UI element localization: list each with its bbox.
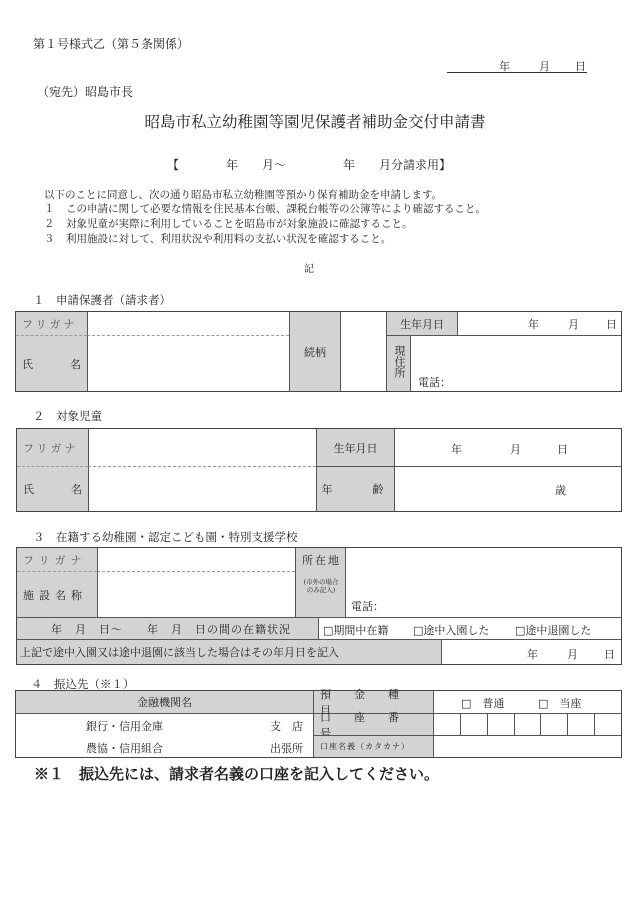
bank-line1: 銀行・信用金庫: [86, 718, 163, 734]
consent-item: ２対象児童が実際に利用していることを昭島市が対象施設に確認すること。: [44, 217, 486, 232]
consent-item: １この申請に関して必要な情報を住民基本台帳、課税台帳等の公簿等により確認すること…: [44, 202, 486, 217]
bank-table: 金融機関名 銀行・信用金庫 農協・信用組合 支 店 出張所 預 金 種 目 口 …: [15, 690, 622, 758]
change-date-input[interactable]: 年 月 日: [441, 639, 621, 664]
account-number-label: 口 座 番 号: [313, 713, 433, 735]
child-name-label: 氏 名: [17, 466, 88, 511]
footnote: ※１ 振込先には、請求者名義の口座を記入してください。: [34, 763, 439, 784]
bank-name-input[interactable]: 銀行・信用金庫 農協・信用組合 支 店 出張所: [16, 713, 313, 757]
address-label: 現住所: [386, 335, 410, 391]
claim-period: 【 年 月～ 年 月分請求用】: [0, 156, 630, 172]
consent-item: ３利用施設に対して、利用状況や利用料の支払い状況を確認すること。: [44, 232, 486, 247]
applicant-furigana-input[interactable]: [87, 312, 289, 335]
applicant-table: フリガナ 氏 名 続柄 生年月日 年 月 日 現住所 電話：: [15, 311, 622, 392]
furigana-label: フリガナ: [16, 312, 87, 335]
location-note: (市外の場合のみ記入): [302, 578, 340, 594]
digit-cell[interactable]: [434, 714, 461, 735]
facility-furigana-input[interactable]: [97, 548, 295, 571]
consent-list: １この申請に関して必要な情報を住民基本台帳、課税台帳等の公簿等により確認すること…: [44, 202, 486, 247]
section1-heading: １ 申請保護者（請求者）: [33, 292, 171, 308]
form-number: 第１号様式乙（第５条関係）: [33, 35, 189, 52]
consent-intro: 以下のことに同意し、次の通り昭島市私立幼稚園等預かり保育補助金を申請します。: [44, 187, 442, 202]
facility-furigana-label: フリガナ: [17, 548, 97, 571]
facility-table: フリガナ 施設名称 所在地 (市外の場合のみ記入) 電話： 年 月 日～ 年 月…: [16, 547, 622, 665]
page-title: 昭島市私立幼稚園等園児保護者補助金交付申請書: [0, 110, 630, 132]
period-month2: 月分請求用】: [379, 156, 451, 173]
account-name-input[interactable]: [433, 735, 621, 757]
period-open-bracket: 【: [167, 156, 179, 173]
sub-branch-label: 出張所: [270, 740, 303, 756]
addressee: （宛先）昭島市長: [37, 83, 133, 100]
account-number-input[interactable]: [433, 713, 621, 735]
option-left-checkbox[interactable]: □途中退園した: [515, 622, 591, 638]
digit-cell[interactable]: [488, 714, 515, 735]
digit-cell[interactable]: [515, 714, 542, 735]
location-label-cell: 所在地 (市外の場合のみ記入): [295, 548, 345, 617]
section2-heading: ２ 対象児童: [33, 408, 102, 424]
digit-cell[interactable]: [461, 714, 488, 735]
age-input[interactable]: 歳: [394, 466, 621, 511]
date-field[interactable]: 年 月 日: [447, 57, 587, 73]
child-furigana-input[interactable]: [88, 429, 316, 466]
relation-label: 続柄: [289, 312, 340, 391]
child-table: フリガナ 氏 名 生年月日 年 齢 年 月 日 歳: [16, 428, 622, 512]
bank-header: 金融機関名: [16, 691, 313, 713]
facility-phone-label: 電話：: [351, 598, 384, 614]
date-day-label: 日: [575, 58, 586, 74]
enrollment-label: 年 月 日～ 年 月 日の間の在籍状況: [17, 617, 318, 639]
applicant-birth-input[interactable]: 年 月 日: [457, 312, 621, 335]
option-in-period-checkbox[interactable]: □期間中在籍: [323, 622, 388, 638]
facility-name-input[interactable]: [97, 571, 295, 617]
period-year1: 年: [226, 156, 238, 173]
account-name-label: 口座名義（カタカナ）: [313, 735, 433, 757]
address-input[interactable]: 電話：: [410, 335, 621, 391]
enrollment-options: □期間中在籍 □途中入園した □途中退園した: [318, 617, 621, 639]
deposit-ordinary-checkbox[interactable]: □ 普通: [461, 695, 504, 711]
location-input[interactable]: 電話：: [345, 548, 621, 617]
bank-line2: 農協・信用組合: [86, 740, 163, 756]
child-birth-input[interactable]: 年 月 日: [394, 429, 621, 466]
deposit-current-checkbox[interactable]: □ 当座: [538, 695, 581, 711]
relation-input[interactable]: [340, 312, 386, 391]
section3-heading: ３ 在籍する幼稚園・認定こども園・特別支援学校: [33, 529, 298, 545]
birth-label: 生年月日: [386, 312, 457, 335]
date-year-label: 年: [499, 58, 510, 74]
facility-name-label: 施設名称: [17, 571, 97, 617]
period-month1: 月～: [262, 156, 286, 173]
location-label: 所在地: [302, 552, 341, 568]
ki-marker: 記: [304, 260, 314, 275]
deposit-type-options: □ 普通 □ 当座: [433, 691, 621, 713]
child-furigana-label: フリガナ: [17, 429, 88, 466]
child-birth-label: 生年月日: [316, 429, 394, 466]
child-name-input[interactable]: [88, 466, 316, 511]
option-joined-checkbox[interactable]: □途中入園した: [413, 622, 489, 638]
change-date-label: 上記で途中入園又は途中退園に該当した場合はその年月日を記入: [17, 639, 441, 664]
digit-cell[interactable]: [541, 714, 568, 735]
branch-label: 支 店: [270, 718, 303, 734]
digit-cell[interactable]: [595, 714, 621, 735]
phone-label: 電話：: [418, 374, 451, 390]
name-label: 氏 名: [16, 335, 87, 391]
age-label: 年 齢: [316, 466, 394, 511]
digit-cell[interactable]: [568, 714, 595, 735]
date-month-label: 月: [539, 58, 550, 74]
period-year2: 年: [343, 156, 355, 173]
applicant-name-input[interactable]: [87, 335, 289, 391]
